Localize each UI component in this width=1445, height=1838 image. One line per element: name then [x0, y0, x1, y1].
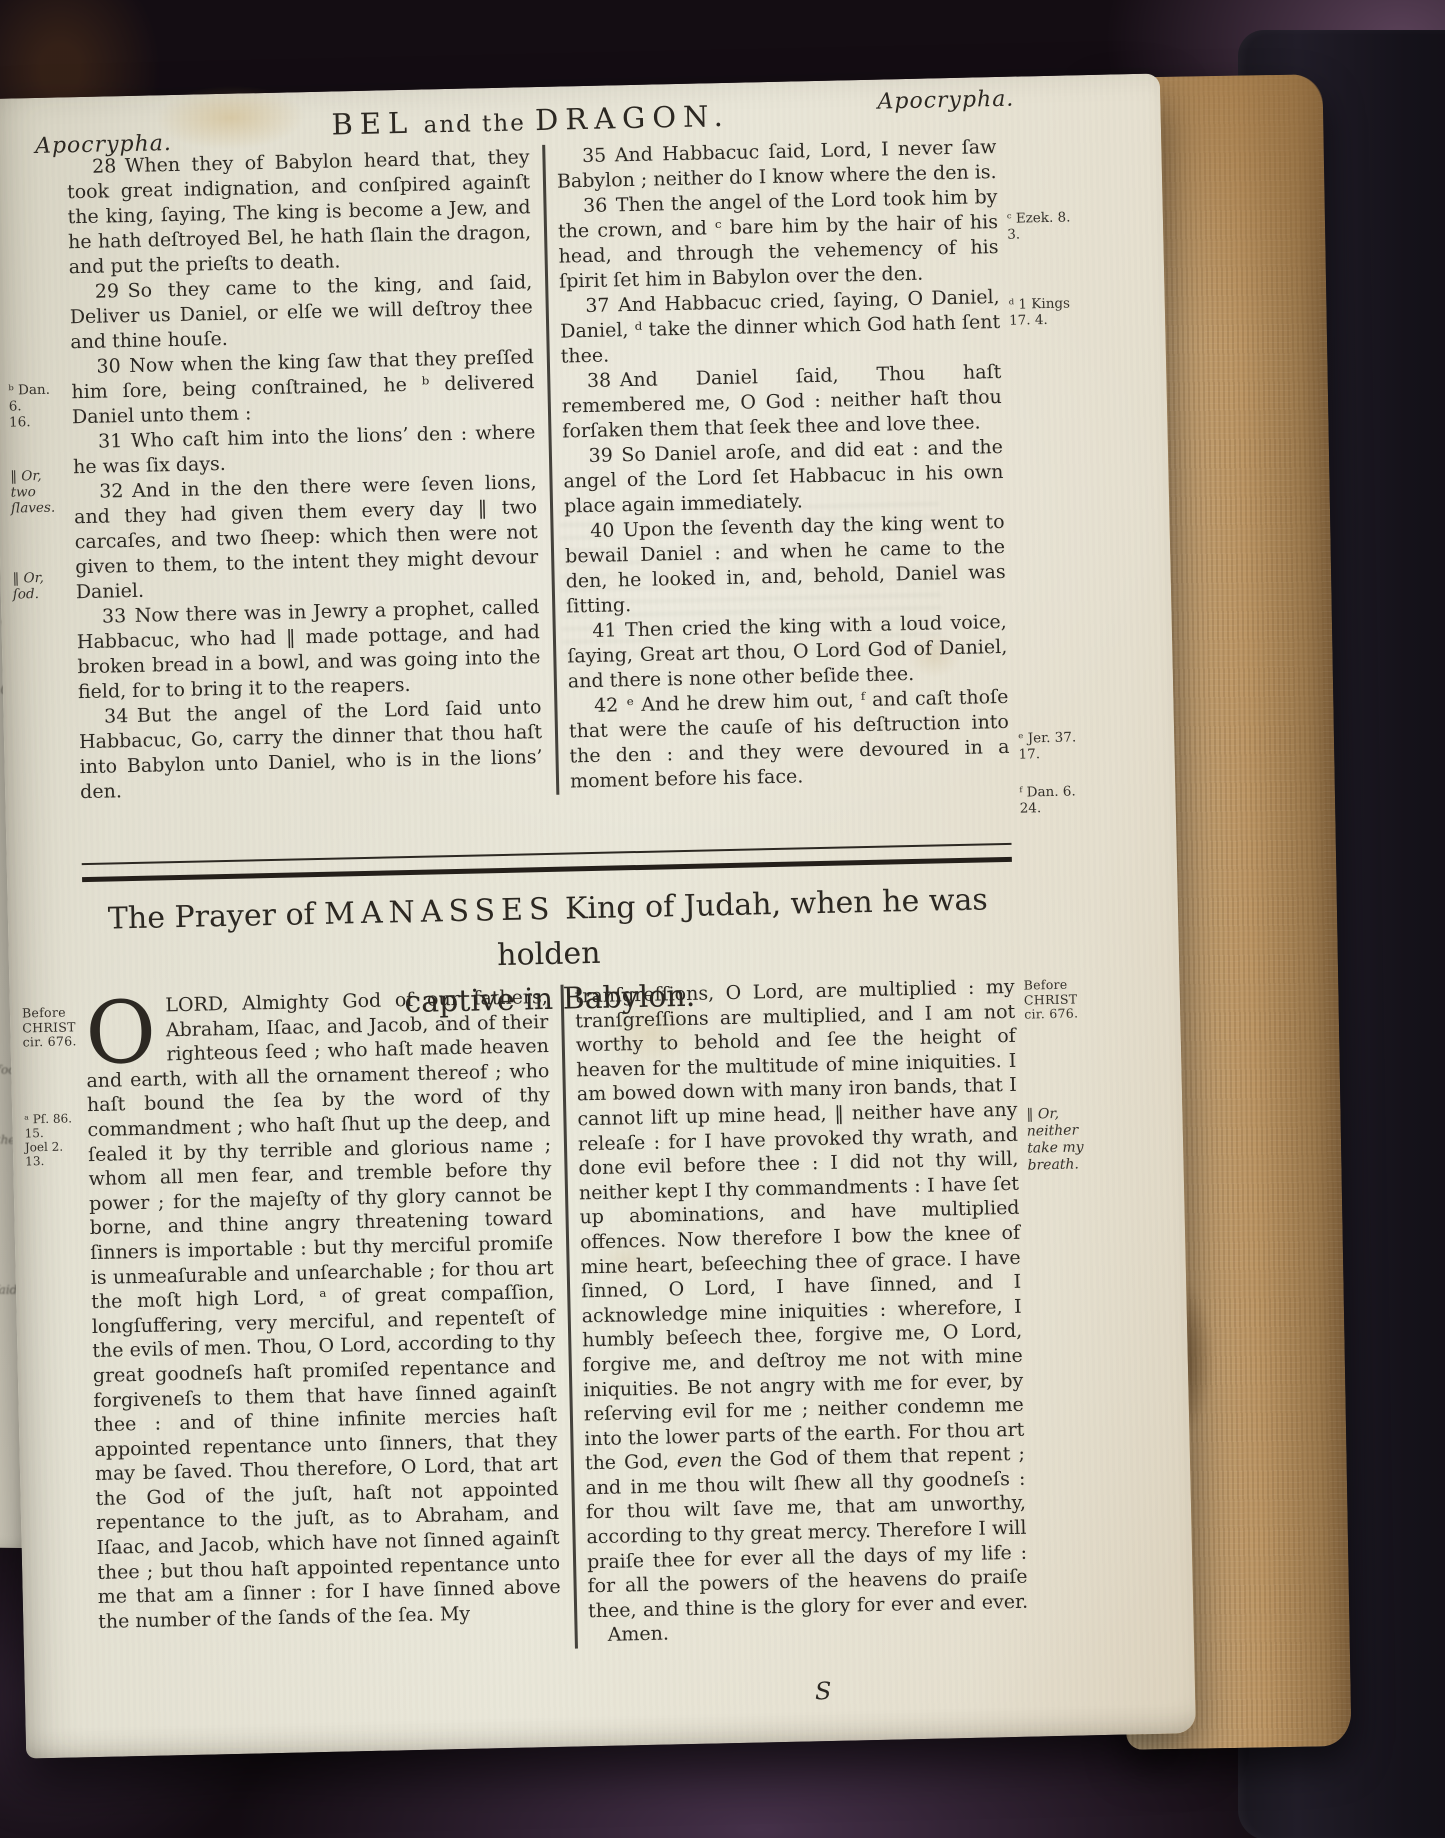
verse-38: 38And Daniel ſaid, Thou haſt remembered … [561, 360, 1003, 445]
bel-left-column: 28When they of Babylon heard that, they … [66, 145, 543, 805]
prayer-right-text-emphasis: even [677, 1450, 723, 1473]
margin-note-jer-37-17: ᵉ Jer. 37. 17. [1018, 728, 1149, 763]
margin-note-1-kings-17-4: ᵈ 1 Kings 17. 4. [1009, 294, 1140, 329]
verse-text: And Daniel ſaid, Thou haſt remembered me… [562, 361, 1002, 443]
title-word-dragon: DRAGON. [535, 99, 730, 137]
verse-text: Then cried the king with a loud voice, ſ… [567, 611, 1007, 693]
verse-33: 33Now there was in Jewry a prophet, call… [76, 595, 541, 705]
running-head-right: Apocrypha. [877, 87, 1014, 115]
drop-cap-O: O [85, 993, 167, 1067]
verse-text: Upon the ſeventh day the king went to be… [565, 511, 1006, 618]
verse-text: But the angel of the Lord ſaid unto Habb… [79, 696, 543, 803]
verse-text: And Habbacuc ſaid, Lord, I never ſaw Bab… [557, 136, 997, 193]
prayer-right-text-1: tranſgreſſions, O Lord, are multiplied :… [575, 976, 1025, 1475]
title-connector: and the [414, 110, 535, 139]
verse-40: 40Upon the ſeventh day the king went to … [564, 510, 1006, 620]
prayer-title-post: King of Judah, when he was holden [497, 882, 988, 973]
bel-right-column: 35And Habbacuc ſaid, Lord, I never ſaw B… [556, 135, 1010, 794]
verse-text: Then the angel of the Lord took him by t… [558, 186, 999, 293]
margin-note-or-neither-take-my-breath: ‖ Or, neither take my breath. [1026, 1104, 1157, 1175]
verse-number: 40 [590, 519, 615, 542]
verse-text: And in the den there were ſeven lions, a… [74, 471, 538, 603]
verse-number: 37 [585, 294, 610, 317]
verse-number: 32 [99, 480, 124, 503]
verse-39: 39So Daniel aroſe, and did eat : and the… [563, 435, 1005, 520]
margin-note-or-two-slaves: ‖ Or, two ſlaves. [10, 467, 69, 516]
verse-number: 29 [95, 280, 120, 303]
prayer-left-text: LORD, Almighty God of our fathers, Abrah… [86, 986, 561, 1633]
verse-number: 31 [98, 430, 123, 453]
margin-note-before-christ-right: Before CHRIST cir. 676. [1023, 976, 1154, 1022]
verse-number: 42 [594, 694, 619, 717]
verse-text: So Daniel aroſe, and did eat : and the a… [563, 436, 1003, 518]
column-divider-rule [542, 145, 559, 795]
verse-text: Who caſt him into the lions’ den : where… [73, 421, 536, 478]
verse-text: Now there was in Jewry a prophet, called… [77, 596, 541, 703]
facing-page-fragment: ſaid [0, 1283, 17, 1297]
verse-28: 28When they of Babylon heard that, they … [66, 145, 532, 280]
section-divider-double-rule [82, 843, 1012, 882]
signature-mark: S [815, 1677, 832, 1705]
verse-number: 38 [587, 369, 612, 392]
bel-dragon-columns: 28When they of Babylon heard that, they … [66, 135, 1010, 805]
prayer-title-pre: The Prayer of [108, 897, 325, 937]
margin-note-ezek-8-3: ᶜ Ezek. 8. 3. [1007, 208, 1138, 243]
prayer-title-name: MANASSES [324, 892, 556, 932]
verse-32: 32And in the den there were ſeven lions,… [73, 470, 539, 605]
verse-number: 36 [583, 195, 608, 218]
verse-number: 30 [96, 355, 121, 378]
prayer-right-text-2: the God of them that repent ; and in me … [585, 1443, 1028, 1647]
verse-number: 41 [592, 619, 617, 642]
verse-text: Now when the king ſaw that they preſſed … [71, 346, 534, 428]
verse-number: 33 [102, 605, 127, 628]
margin-note-dan-6-16: ᵇ Dan. 6. 16. [8, 381, 67, 430]
verse-34: 34But the angel of the Lord ſaid unto Ha… [78, 695, 543, 805]
prayer-columns: OLORD, Almighty God of our fathers, Abra… [85, 975, 1029, 1659]
prayer-left-column: OLORD, Almighty God of our fathers, Abra… [85, 985, 562, 1659]
verse-text: So they came to the king, and ſaid, Deli… [70, 271, 533, 353]
verse-number: 35 [582, 145, 607, 168]
verse-42: 42ᵉ And he drew him out, ᶠ and caſt thoſ… [568, 685, 1010, 795]
verse-29: 29So they came to the king, and ſaid, De… [69, 270, 534, 355]
column-divider-rule [560, 985, 577, 1649]
verse-number: 39 [588, 444, 613, 467]
verse-number: 34 [104, 705, 129, 728]
verse-text: ᵉ And he drew him out, ᶠ and caſt thoſe … [569, 686, 1010, 793]
margin-note-before-christ-left: Before CHRIST cir. 676. [22, 1005, 81, 1050]
verse-text: When they of Babylon heard that, they to… [67, 146, 531, 278]
verse-30: 30Now when the king ſaw that they preſſe… [71, 345, 536, 430]
verse-36: 36Then the angel of the Lord took him by… [557, 185, 999, 295]
margin-note-dan-6-24: ᶠ Dan. 6. 24. [1019, 782, 1150, 817]
margin-note-or-sod: ‖ Or, ſod. [12, 569, 71, 602]
margin-note-ps-86-15: ᵃ Pſ. 86. 15. Joel 2. 13. [24, 1111, 83, 1168]
verse-37: 37And Habbacuc cried, ſaying, O Daniel, … [559, 285, 1001, 370]
prayer-right-column: tranſgreſſions, O Lord, are multiplied :… [574, 975, 1028, 1648]
bible-page: Apocrypha. BEL and the DRAGON. Apocrypha… [0, 73, 1196, 1758]
verse-41: 41Then cried the king with a loud voice,… [567, 610, 1009, 695]
title-word-bel: BEL [331, 106, 414, 142]
verse-text: And Habbacuc cried, ſaying, O Daniel, Da… [560, 286, 1000, 368]
verse-number: 28 [92, 155, 117, 178]
